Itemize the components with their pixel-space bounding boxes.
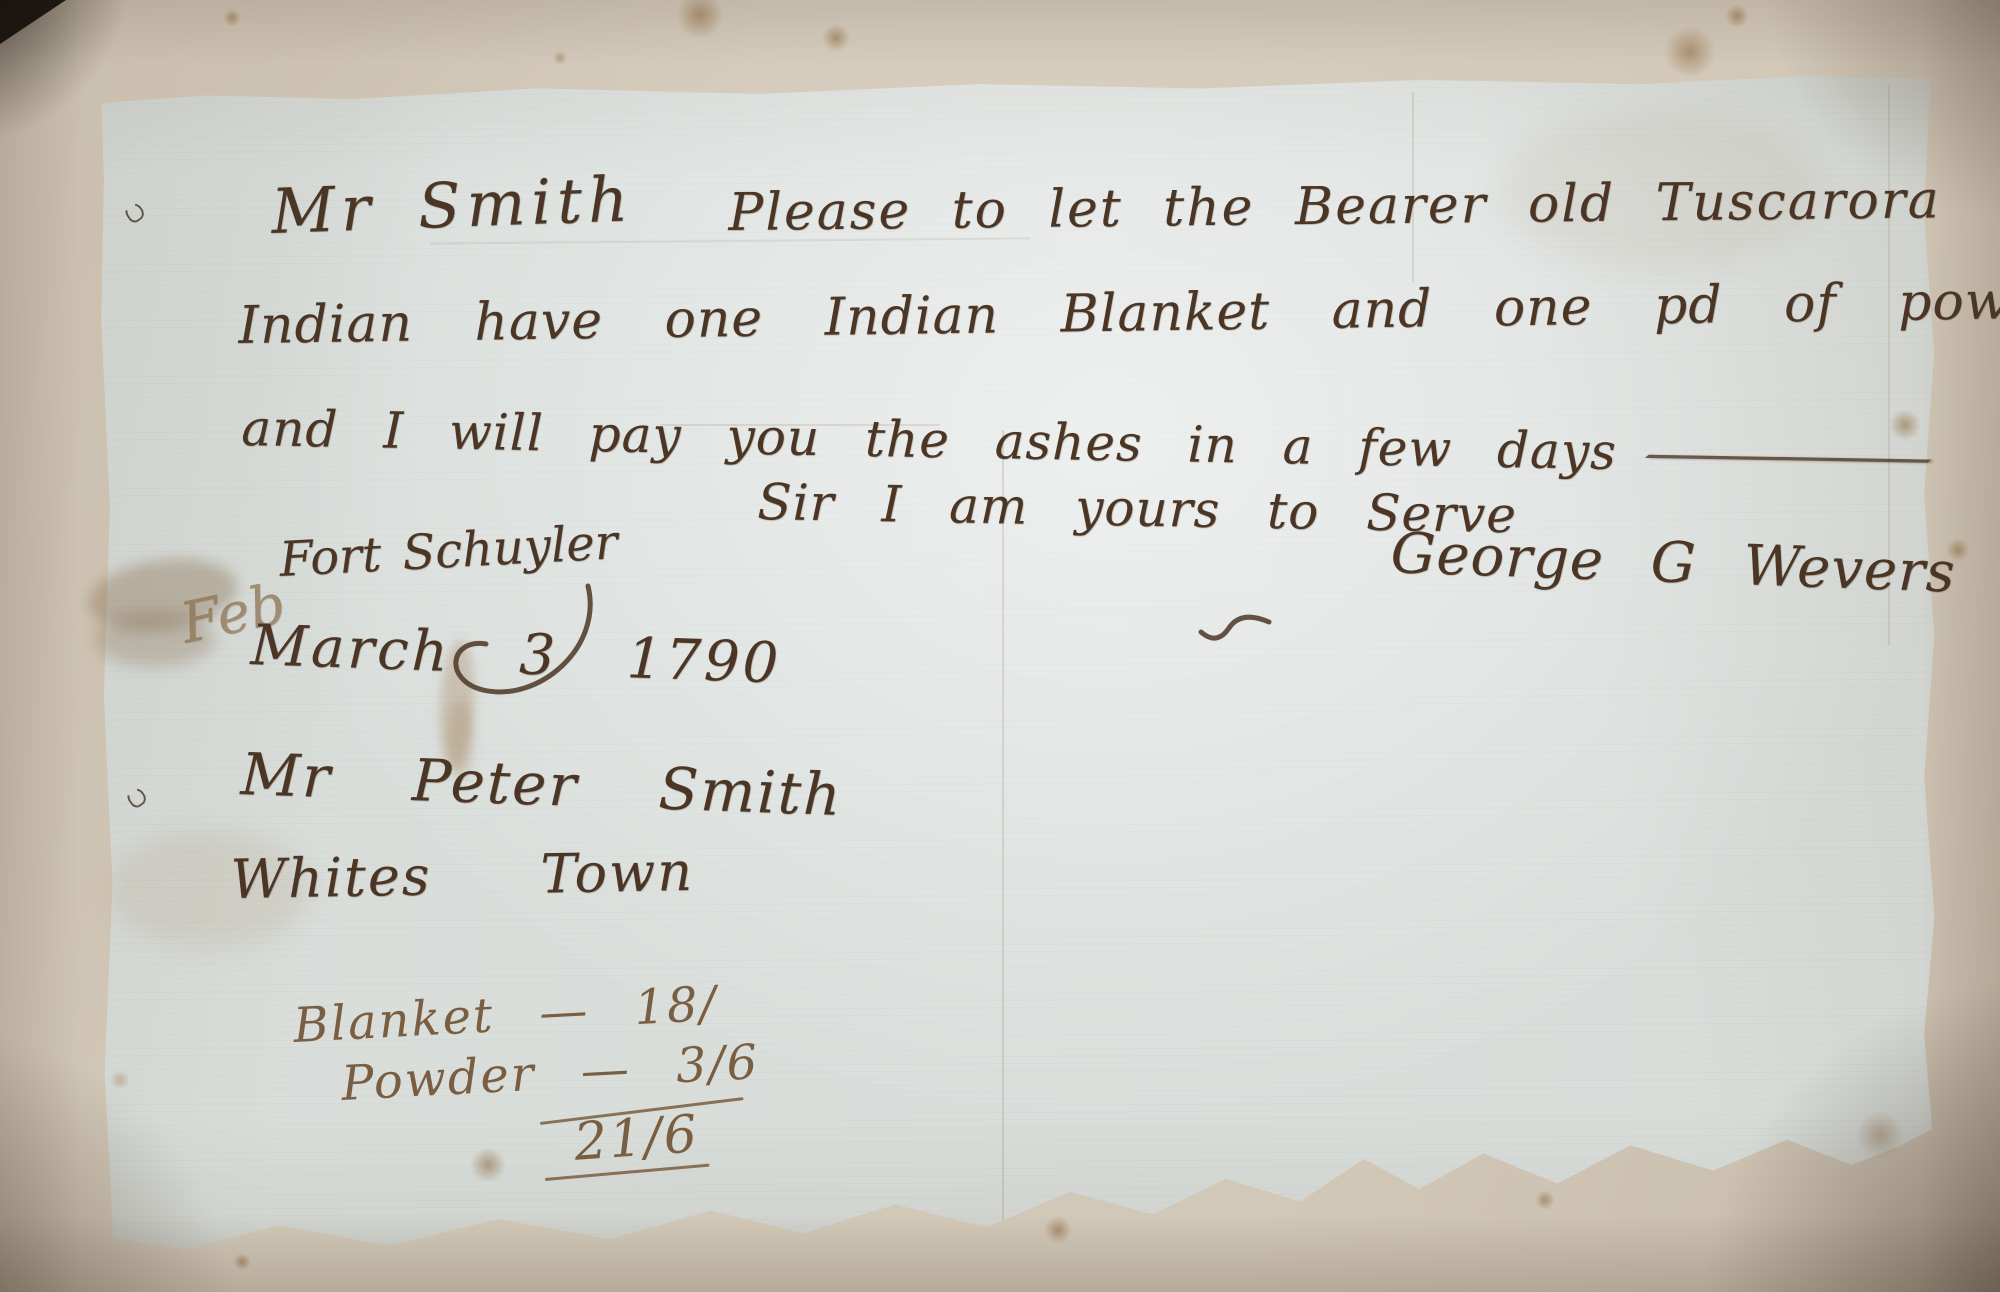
foxing-spot [1044,1216,1072,1244]
foxing-spot [553,51,567,65]
pen-flourish-dash: — [1632,422,1949,488]
foxing-spot [470,1147,506,1183]
foxing-spot [110,1070,130,1090]
addressee-town-line: Whites Town [230,840,694,913]
foxing-spot [1535,1190,1555,1210]
foxing-spot [1664,26,1716,78]
foxing-spot [676,0,724,39]
account-total: 21/6 [572,1103,701,1174]
foxing-spot [822,24,850,52]
foxing-spot [223,9,241,27]
salutation: Mr Smith [270,162,635,249]
photo-corner-shadow [0,0,66,44]
foxing-spot [1725,4,1749,28]
pen-flourish-check [1195,612,1275,652]
body-line-1: Please to let the Bearer old Tuscarora [728,169,1941,244]
foxing-spot [1856,1111,1904,1159]
scanned-manuscript-photo: Mr Smith Please to let the Bearer old Tu… [0,0,2000,1292]
fold-crease-vertical [1002,430,1004,1220]
foxing-spot [233,1253,251,1271]
pen-flourish-descender [398,578,608,728]
